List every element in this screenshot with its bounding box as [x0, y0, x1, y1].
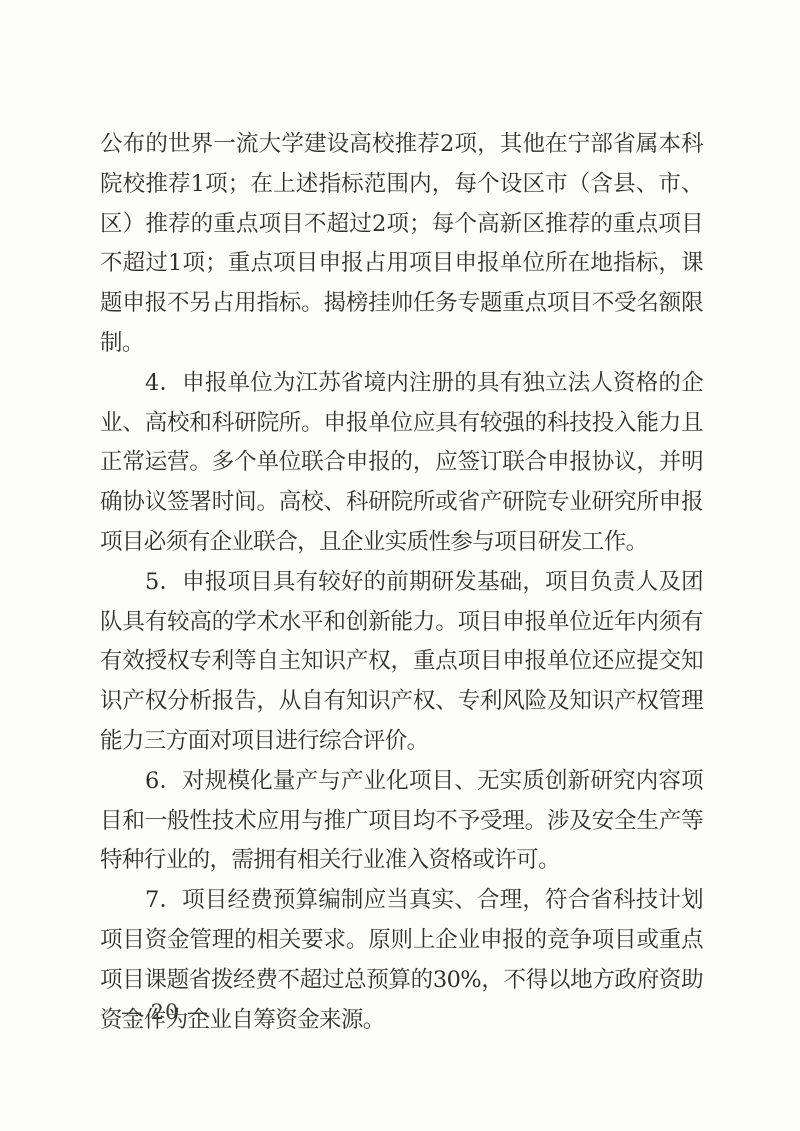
- paragraph-continuation: 公布的世界一流大学建设高校推荐2项，其他在宁部省属本科院校推荐1项；在上述指标范…: [100, 125, 703, 364]
- document-page: 公布的世界一流大学建设高校推荐2项，其他在宁部省属本科院校推荐1项；在上述指标范…: [0, 0, 800, 1131]
- paragraph-item-4: 4．申报单位为江苏省境内注册的具有独立法人资格的企业、高校和科研院所。申报单位应…: [100, 364, 703, 563]
- paragraph-item-6: 6．对规模化量产与产业化项目、无实质创新研究内容项目和一般性技术应用与推广项目均…: [100, 762, 703, 881]
- paragraph-item-5: 5．申报项目具有较好的前期研发基础，项目负责人及团队具有较高的学术水平和创新能力…: [100, 563, 703, 762]
- document-body-text: 公布的世界一流大学建设高校推荐2项，其他在宁部省属本科院校推荐1项；在上述指标范…: [100, 125, 703, 1040]
- page-number: — 20 —: [121, 1000, 209, 1024]
